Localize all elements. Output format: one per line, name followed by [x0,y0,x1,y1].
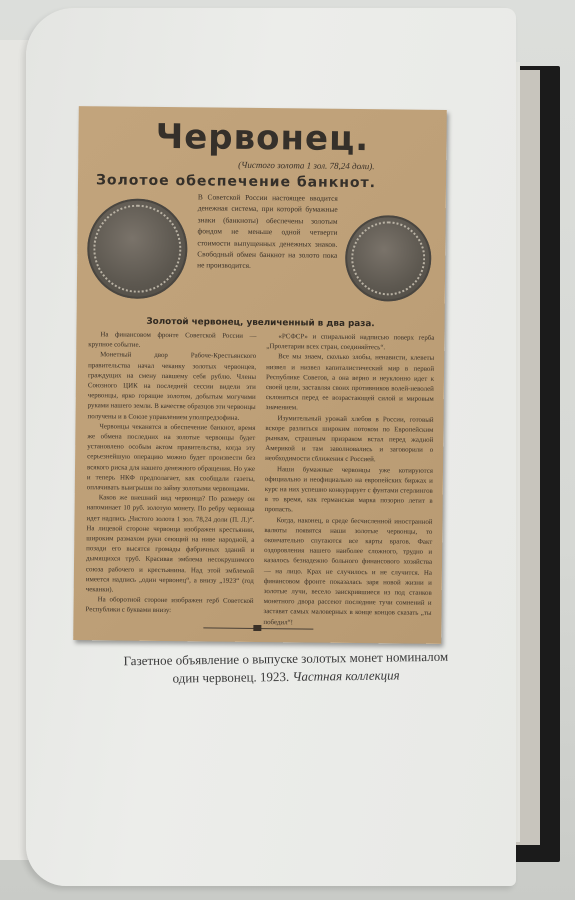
clipping-headline: Червонец. [78,116,446,160]
paragraph: На финансовом фронте Советской России — … [88,330,256,352]
intro-text: В Советской России настоящее вводится де… [197,191,338,272]
paragraph: На оборотной стороне изображен герб Сове… [85,595,253,617]
book-page: Червонец. (Чистого золота 1 зол. 78,24 д… [26,8,516,886]
article-column-left: На финансовом фронте Советской России — … [85,330,256,617]
paragraph: Червонцы чеканятся в обеспечение банкнот… [87,422,256,495]
section-title: Золотой червонец, увеличенный в два раза… [77,316,445,330]
end-ornament [253,625,261,631]
paragraph: Изумительный урожай хлебов в России, гот… [265,414,434,467]
coin-reverse-image [345,215,432,302]
paragraph: Наши бумажные червонцы уже котируются оф… [265,465,434,518]
caption-text: один червонец. 1923. [172,669,289,686]
figure-caption: Газетное объявление о выпуске золотых мо… [66,647,506,689]
caption-source: Частная коллекция [292,667,399,683]
paragraph: Когда, наконец, в среде бесчисленной ино… [263,516,432,630]
paragraph: Все мы знаем, сколько злобы, ненависти, … [266,352,435,415]
clipping-subhead: Золотое обеспечение банкнот. [96,172,376,191]
article-column-right: «РСФСР» и спиральной надписью поверх гер… [263,332,434,630]
purity-note: (Чистого золота 1 зол. 78,24 доли). [238,160,374,171]
newspaper-clipping: Червонец. (Чистого золота 1 зол. 78,24 д… [73,106,447,644]
paragraph: Каков же внешний вид червонца? По размер… [86,493,255,597]
coin-obverse-image [87,198,188,299]
paragraph: Монетный двор Рабоче-Крестьянского прави… [87,351,256,424]
paragraph: «РСФСР» и спиральной надписью поверх гер… [266,332,434,354]
